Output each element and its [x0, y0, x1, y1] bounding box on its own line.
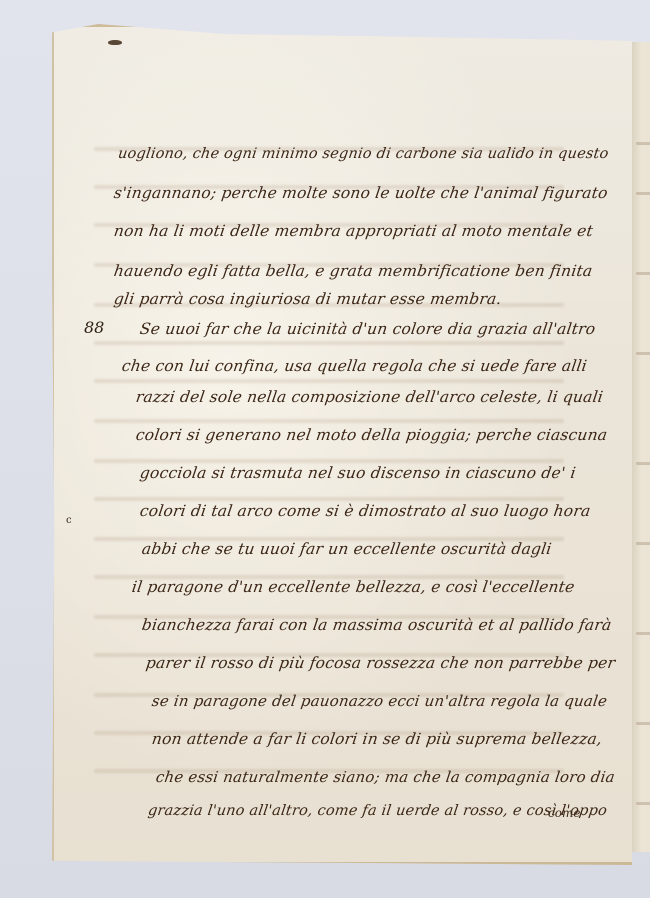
- ink-bleed-through: [94, 459, 564, 463]
- manuscript-line: che con lui confina, usa quella regola c…: [121, 357, 588, 375]
- manuscript-line: se in paragone del pauonazzo ecci un'alt…: [151, 692, 609, 710]
- edge-mark: c: [66, 515, 72, 526]
- ink-bleed-through: [94, 341, 564, 345]
- ghost-ink: [636, 542, 650, 545]
- manuscript-line: grazzia l'uno all'altro, come fa il uerd…: [147, 803, 608, 819]
- manuscript-line: s'ingannano; perche molte sono le uolte …: [113, 184, 609, 202]
- manuscript-line: non attende a far li colori in se di più…: [151, 730, 604, 748]
- manuscript-line: che essi naturalmente siano; ma che la c…: [155, 768, 616, 786]
- manuscript-line: bianchezza farai con la massima oscurità…: [141, 616, 613, 634]
- ghost-ink: [636, 632, 650, 635]
- manuscript-line: non ha li moti delle membra appropriati …: [113, 222, 595, 240]
- ghost-ink: [636, 802, 650, 805]
- catchword: come: [548, 806, 580, 820]
- manuscript-line: parer il rosso di più focosa rossezza ch…: [145, 654, 617, 672]
- manuscript-line: gli parrà cosa ingiuriosa di mutar esse …: [113, 290, 503, 308]
- manuscript-line: uogliono, che ogni minimo segnio di carb…: [117, 146, 610, 162]
- ghost-ink: [636, 192, 650, 195]
- ghost-ink: [636, 722, 650, 725]
- manuscript-line: colori di tal arco come si è dimostrato …: [139, 502, 592, 520]
- ink-bleed-through: [94, 419, 564, 423]
- margin-paragraph-number: 88: [84, 318, 104, 337]
- manuscript-line: il paragone d'un eccellente bellezza, e …: [131, 578, 576, 596]
- manuscript-line: hauendo egli fatta bella, e grata membri…: [113, 262, 594, 280]
- ghost-ink: [636, 142, 650, 145]
- ghost-ink: [636, 352, 650, 355]
- manuscript-line: gocciola si trasmuta nel suo discenso in…: [139, 464, 577, 482]
- ink-bleed-through: [94, 497, 564, 501]
- manuscript-line: abbi che se tu uuoi far un eccellente os…: [141, 540, 553, 558]
- ink-bleed-through: [94, 379, 564, 383]
- manuscript-line: colori si generano nel moto della pioggi…: [135, 426, 609, 444]
- manuscript-line: Se uuoi far che la uicinità d'un colore …: [139, 320, 597, 338]
- ghost-ink: [636, 462, 650, 465]
- paper-tear: [108, 40, 122, 45]
- ghost-ink: [636, 272, 650, 275]
- manuscript-line: razzi del sole nella composizione dell'a…: [135, 388, 605, 406]
